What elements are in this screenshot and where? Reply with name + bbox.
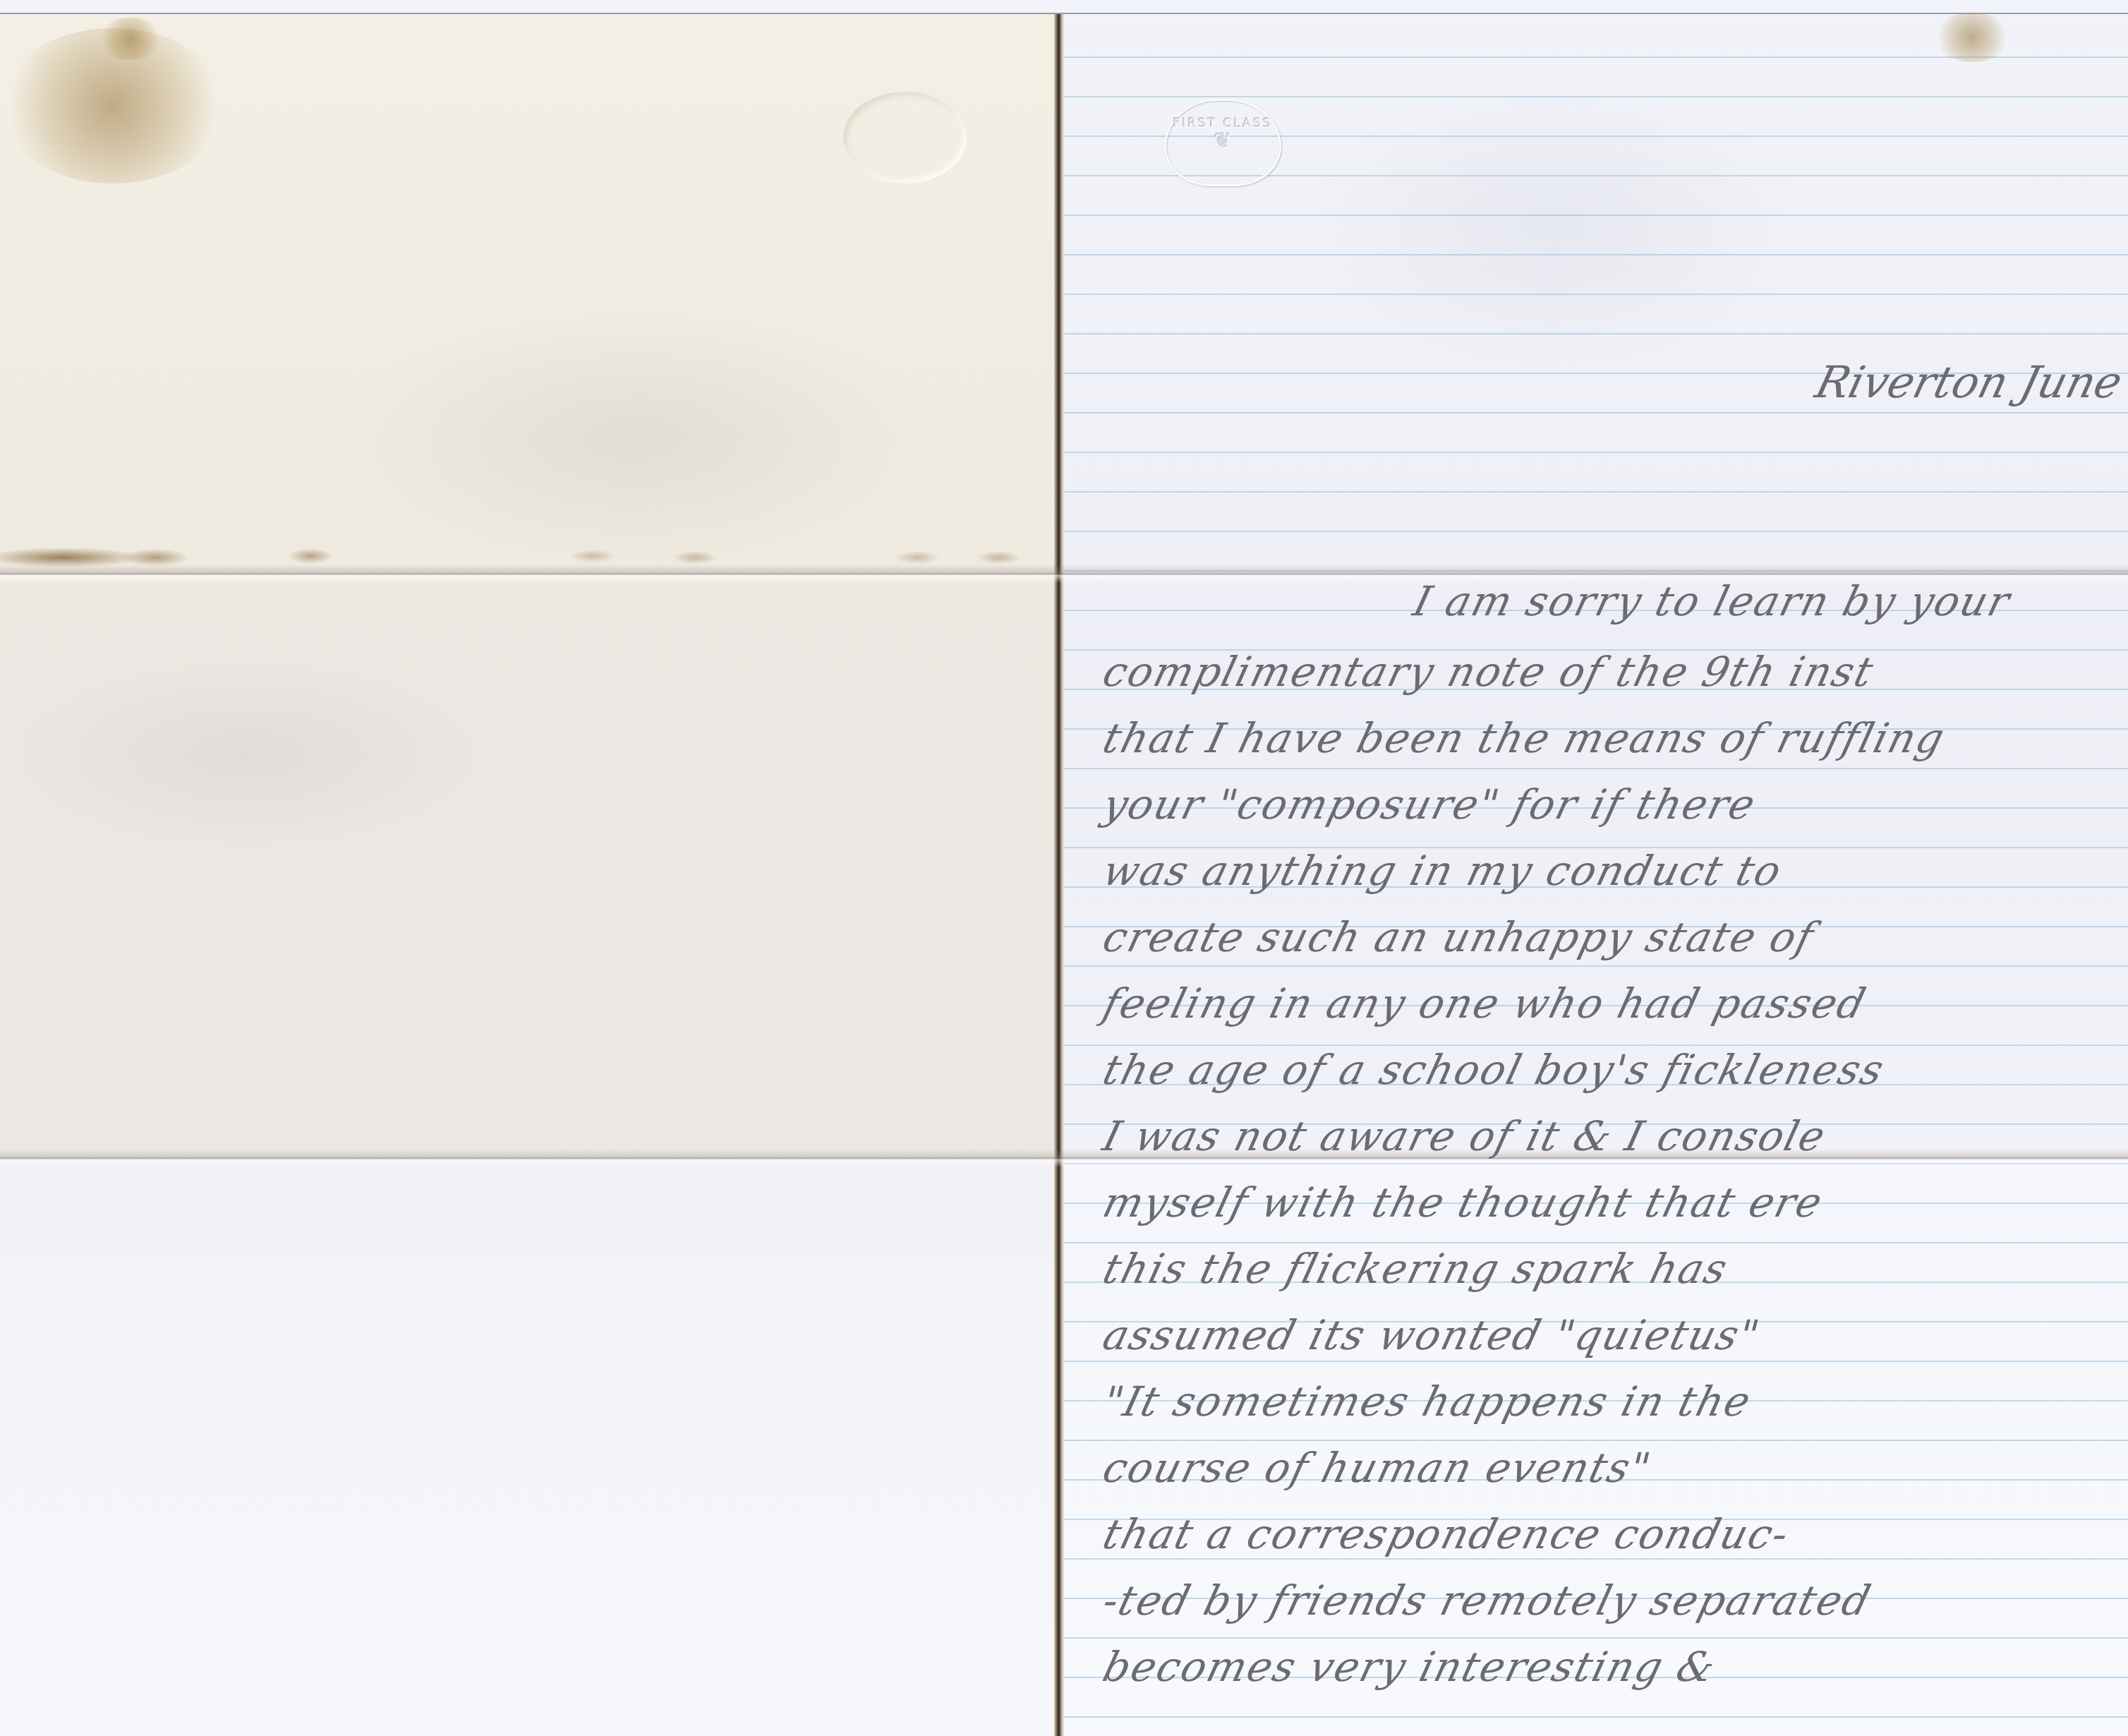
dateline: Riverton June 17th xyxy=(1810,356,2128,408)
letter-line: I was not aware of it & I console xyxy=(1099,1112,1832,1160)
letter-line: create such an unhappy state of xyxy=(1099,913,1820,961)
left-page-blank xyxy=(0,14,1057,1736)
letter-line: -ted by friends remotely separated xyxy=(1099,1577,1877,1625)
letter-line: "It sometimes happens in the xyxy=(1099,1378,1757,1425)
dateline-place: Riverton xyxy=(1810,356,2014,408)
letter-line: feeling in any one who had passed xyxy=(1099,979,1872,1027)
letter-body: Riverton June 17th I am sorry to learn b… xyxy=(1104,0,2120,1736)
letter-line: course of human events" xyxy=(1099,1444,1657,1492)
letter-line: that I have been the means of ruffling xyxy=(1099,714,1951,762)
letter-line: I am sorry to learn by your xyxy=(1409,577,2016,625)
letter-line: was anything in my conduct to xyxy=(1099,847,1787,895)
letter-line: this the flickering spark has xyxy=(1099,1245,1734,1293)
letter-line: your "composure" for if there xyxy=(1099,780,1762,828)
letter-line: assumed its wonted "quietus" xyxy=(1099,1311,1766,1359)
stain-top-left-small xyxy=(99,18,162,60)
letter-line: the age of a school boy's fickleness xyxy=(1099,1046,1890,1094)
embossed-oval-stamp xyxy=(843,92,967,183)
dateline-date: June 17 xyxy=(2015,356,2128,408)
letter-scan: FIRST CLASS ❦ Riverton June 17th I am so… xyxy=(0,0,2128,1736)
letter-line: myself with the thought that ere xyxy=(1099,1179,1829,1226)
center-spine-fold xyxy=(1054,14,1064,1736)
letter-line: complimentary note of the 9th inst xyxy=(1099,648,1880,696)
letter-line: that a correspondence conduc- xyxy=(1099,1510,1795,1558)
letter-line: becomes very interesting & xyxy=(1099,1643,1722,1691)
